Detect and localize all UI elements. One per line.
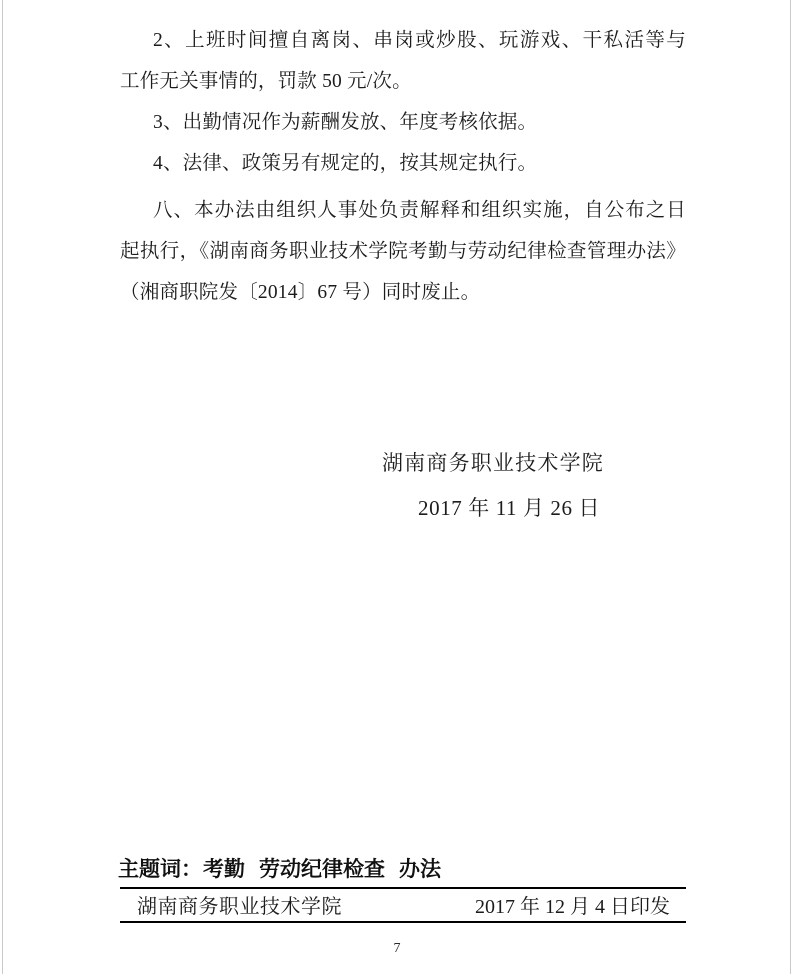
body-line: 4、法律、政策另有规定的，按其规定执行。 [120, 143, 686, 184]
body-line: 八、本办法由组织人事处负责解释和组织实施，自公布之日 [120, 190, 686, 231]
footer-print-date: 2017 年 12 月 4 日印发 [475, 896, 670, 919]
page-number: 7 [0, 941, 794, 957]
subject-keyword: 劳动纪律检查 [259, 858, 385, 881]
body-line: 3、出勤情况作为薪酬发放、年度考核依据。 [120, 102, 686, 143]
subject-line: 主题词：考勤劳动纪律检查办法 [118, 857, 441, 882]
page-right-edge [790, 0, 791, 974]
body-line: （湘商职院发〔2014〕67 号）同时废止。 [120, 272, 686, 313]
document-page: 2、上班时间擅自离岗、串岗或炒股、玩游戏、干私活等与 工作无关事情的，罚款 50… [0, 0, 794, 974]
body-line: 工作无关事情的，罚款 50 元/次。 [120, 61, 686, 102]
document-body: 2、上班时间擅自离岗、串岗或炒股、玩游戏、干私活等与 工作无关事情的，罚款 50… [120, 20, 686, 313]
footer-divider-top [120, 887, 686, 889]
signature-date: 2017 年 11 月 26 日 [418, 496, 600, 520]
body-line: 起执行，《湖南商务职业技术学院考勤与劳动纪律检查管理办法》 [120, 231, 686, 272]
footer-divider-bottom [120, 921, 686, 923]
subject-label: 主题词： [118, 858, 202, 881]
signature-org: 湖南商务职业技术学院 [382, 451, 604, 475]
body-line: 2、上班时间擅自离岗、串岗或炒股、玩游戏、干私活等与 [120, 20, 686, 61]
footer-issuing-org: 湖南商务职业技术学院 [137, 896, 342, 919]
subject-keyword: 考勤 [203, 858, 245, 881]
subject-keyword: 办法 [399, 858, 441, 881]
page-left-edge [2, 0, 3, 974]
